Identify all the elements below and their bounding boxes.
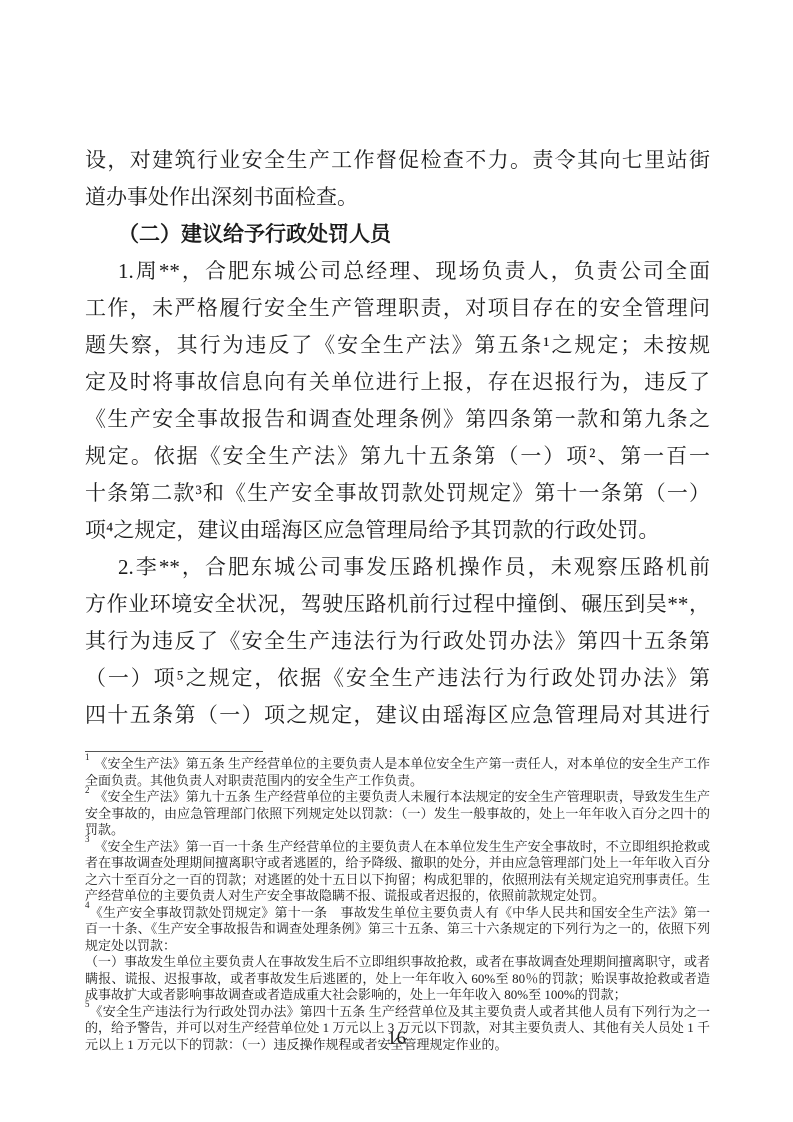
footnote: 3《安全生产法》第一百一十条 生产经营单位的主要负责人在本单位发生生产安全事故时…	[85, 839, 710, 905]
footnote-marker: 4	[85, 900, 90, 910]
body-line: 题失察，其行为违反了《安全生产法》第五条¹之规定；未按规	[85, 327, 710, 364]
section-heading: （二）建议给予行政处罚人员	[85, 216, 710, 253]
footnote-marker: 2	[85, 785, 90, 795]
footnote-marker: 5	[85, 999, 90, 1009]
footnote: 2《安全生产法》第九十五条 生产经营单位的主要负责人未履行本法规定的安全生产管理…	[85, 789, 710, 839]
body-line: 道办事处作出深刻书面检查。	[85, 179, 710, 216]
footnote-text: 《安全生产法》第五条 生产经营单位的主要负责人是本单位安全生产第一责任人，对本单…	[85, 756, 710, 788]
footnote-marker: 1	[85, 752, 90, 762]
footnote-text: 《安全生产法》第九十五条 生产经营单位的主要负责人未履行本法规定的安全生产管理职…	[85, 789, 710, 837]
body-line: 四十五条第（一）项之规定，建议由瑶海区应急管理局对其进行	[85, 697, 710, 734]
body-line: 定及时将事故信息向有关单位进行上报，存在迟报行为，违反了	[85, 364, 710, 401]
body-line: 其行为违反了《安全生产违法行为行政处罚办法》第四十五条第	[85, 623, 710, 660]
body-line: 《生产安全事故报告和调查处理条例》第四条第一款和第九条之	[85, 401, 710, 438]
document-body: 设，对建筑行业安全生产工作督促检查不力。责令其向七里站街 道办事处作出深刻书面检…	[85, 142, 710, 734]
body-line: 十条第二款³和《生产安全事故罚款处罚规定》第十一条第（一）	[85, 475, 710, 512]
body-line: 项⁴之规定，建议由瑶海区应急管理局给予其罚款的行政处罚。	[85, 512, 710, 549]
body-line: 设，对建筑行业安全生产工作督促检查不力。责令其向七里站街	[85, 142, 710, 179]
footnote-text: 《安全生产法》第一百一十条 生产经营单位的主要负责人在本单位发生生产安全事故时，…	[85, 839, 710, 904]
footnote-continuation: （一）事故发生单位主要负责人在事故发生后不立即组织事故抢救，或者在事故调查处理期…	[85, 954, 710, 1004]
body-line: 规定。依据《安全生产法》第九十五条第（一）项²、第一百一	[85, 438, 710, 475]
footnote: 1《安全生产法》第五条 生产经营单位的主要负责人是本单位安全生产第一责任人，对本…	[85, 756, 710, 789]
footnote-marker: 3	[85, 834, 90, 844]
footnote-separator	[85, 751, 263, 752]
footnote-text: 《生产安全事故罚款处罚规定》第十一条 事故发生单位主要负责人有《中华人民共和国安…	[85, 905, 710, 953]
body-line: 工作，未严格履行安全生产管理职责，对项目存在的安全管理问	[85, 290, 710, 327]
body-line: 1.周**，合肥东城公司总经理、现场负责人，负责公司全面	[85, 253, 710, 290]
footnote: 4《生产安全事故罚款处罚规定》第十一条 事故发生单位主要负责人有《中华人民共和国…	[85, 905, 710, 955]
page-number: 16	[0, 1028, 793, 1050]
document-page: 设，对建筑行业安全生产工作督促检查不力。责令其向七里站街 道办事处作出深刻书面检…	[0, 0, 793, 1122]
body-line: 2.李**，合肥东城公司事发压路机操作员，未观察压路机前	[85, 549, 710, 586]
body-line: 方作业环境安全状况，驾驶压路机前行过程中撞倒、碾压到吴**，	[85, 586, 710, 623]
body-line: （一）项⁵之规定，依据《安全生产违法行为行政处罚办法》第	[85, 660, 710, 697]
footnotes: 1《安全生产法》第五条 生产经营单位的主要负责人是本单位安全生产第一责任人，对本…	[85, 756, 710, 1053]
